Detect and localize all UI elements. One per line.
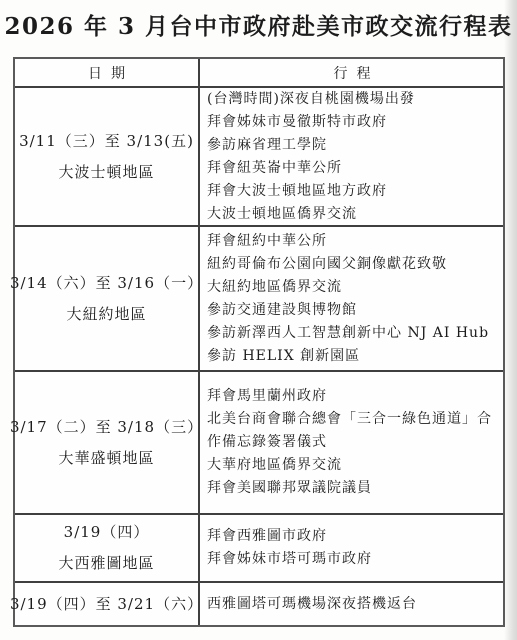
- itinerary-item: 參訪新澤西人工智慧創新中心 NJ AI Hub: [207, 322, 497, 345]
- itinerary-item: 拜會姊妹市塔可瑪市政府: [207, 548, 497, 571]
- itinerary-item: 大波士頓地區僑界交流: [207, 203, 497, 226]
- itinerary-item: 西雅圖塔可瑪機場深夜搭機返台: [207, 593, 497, 616]
- date-cell: 3/17（二）至 3/18（三） 大華盛頓地區: [15, 372, 200, 513]
- itinerary-item: 北美台商會聯合總會「三合一綠色通道」合作備忘錄簽署儀式: [207, 408, 497, 454]
- table-row: 3/19（四）至 3/21（六） 西雅圖塔可瑪機場深夜搭機返台: [15, 581, 503, 625]
- table-row: 3/17（二）至 3/18（三） 大華盛頓地區 拜會馬里蘭州政府 北美台商會聯合…: [15, 370, 503, 513]
- itinerary-cell: 拜會馬里蘭州政府 北美台商會聯合總會「三合一綠色通道」合作備忘錄簽署儀式 大華府…: [200, 372, 503, 513]
- date-region: 大波士頓地區: [58, 157, 154, 188]
- date-region: 大紐約地區: [66, 299, 146, 330]
- itinerary-item: 拜會姊妹市曼徹斯特市政府: [207, 111, 497, 134]
- itinerary-item: 參訪 HELIX 創新園區: [207, 345, 497, 368]
- itinerary-item: 大華府地區僑界交流: [207, 454, 497, 477]
- itinerary-item: 拜會紐約中華公所: [207, 230, 497, 253]
- itinerary-cell: 拜會紐約中華公所 紐約哥倫布公園向國父銅像獻花致敬 大紐約地區僑界交流 參訪交通…: [200, 227, 503, 370]
- table-header-row: 日期 行程: [15, 59, 503, 86]
- itinerary-item: 拜會紐英崙中華公所: [207, 157, 497, 180]
- itinerary-item: (台灣時間)深夜自桃園機場出發: [207, 88, 497, 111]
- date-region: 大西雅圖地區: [58, 548, 154, 579]
- itinerary-item: 拜會大波士頓地區地方政府: [207, 180, 497, 203]
- date-range: 3/19（四）至 3/21（六）: [10, 589, 203, 620]
- date-region: 大華盛頓地區: [58, 443, 154, 474]
- itinerary-item: 參訪交通建設與博物館: [207, 299, 497, 322]
- itinerary-item: 拜會美國聯邦眾議院議員: [207, 477, 497, 500]
- itinerary-table: 日期 行程 3/11（三）至 3/13(五) 大波士頓地區 (台灣時間)深夜自桃…: [13, 57, 505, 627]
- itinerary-item: 拜會西雅圖市政府: [207, 525, 497, 548]
- table-row: 3/14（六）至 3/16（一） 大紐約地區 拜會紐約中華公所 紐約哥倫布公園向…: [15, 225, 503, 370]
- header-itinerary: 行程: [200, 59, 503, 86]
- itinerary-cell: 西雅圖塔可瑪機場深夜搭機返台: [200, 583, 503, 625]
- date-cell: 3/11（三）至 3/13(五) 大波士頓地區: [15, 88, 200, 225]
- date-cell: 3/14（六）至 3/16（一） 大紐約地區: [15, 227, 200, 370]
- date-range: 3/11（三）至 3/13(五): [19, 126, 194, 157]
- scan-edge-shadow: [504, 0, 517, 640]
- itinerary-cell: 拜會西雅圖市政府 拜會姊妹市塔可瑪市政府: [200, 515, 503, 581]
- document-title: 2026 年 3 月台中市政府赴美市政交流行程表: [0, 8, 517, 41]
- scanned-document-page: 2026 年 3 月台中市政府赴美市政交流行程表 日期 行程 3/11（三）至 …: [0, 0, 517, 640]
- itinerary-item: 參訪麻省理工學院: [207, 134, 497, 157]
- itinerary-item: 拜會馬里蘭州政府: [207, 385, 497, 408]
- itinerary-cell: (台灣時間)深夜自桃園機場出發 拜會姊妹市曼徹斯特市政府 參訪麻省理工學院 拜會…: [200, 88, 503, 225]
- table-row: 3/19（四） 大西雅圖地區 拜會西雅圖市政府 拜會姊妹市塔可瑪市政府: [15, 513, 503, 581]
- itinerary-item: 紐約哥倫布公園向國父銅像獻花致敬: [207, 253, 497, 276]
- header-date: 日期: [15, 59, 200, 86]
- date-range: 3/14（六）至 3/16（一）: [10, 268, 203, 299]
- date-cell: 3/19（四） 大西雅圖地區: [15, 515, 200, 581]
- itinerary-item: 大紐約地區僑界交流: [207, 276, 497, 299]
- date-range: 3/17（二）至 3/18（三）: [10, 412, 203, 443]
- date-range: 3/19（四）: [64, 517, 150, 548]
- table-row: 3/11（三）至 3/13(五) 大波士頓地區 (台灣時間)深夜自桃園機場出發 …: [15, 86, 503, 225]
- date-cell: 3/19（四）至 3/21（六）: [15, 583, 200, 625]
